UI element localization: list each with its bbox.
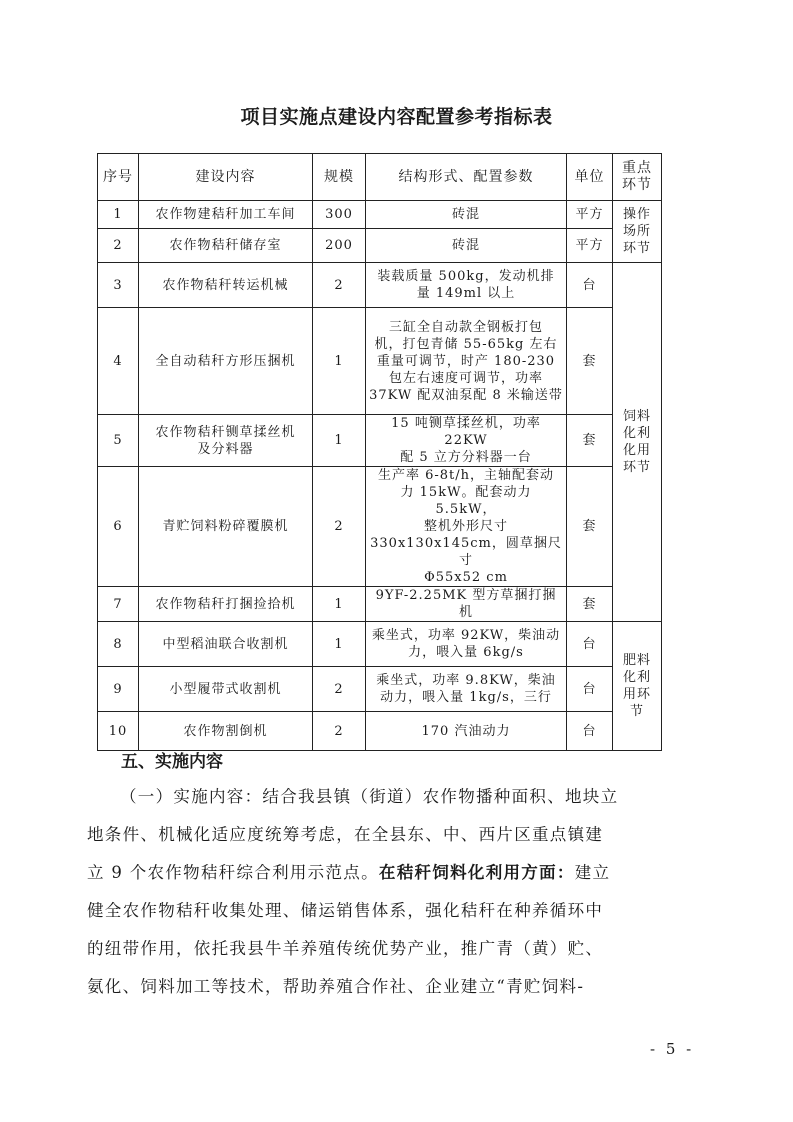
paragraph-text: 建立 — [575, 863, 611, 882]
cell-scale: 1 — [313, 587, 366, 622]
paragraph-line: 立 9 个农作物秸秆综合利用示范点。在秸秆饲料化利用方面：建立 — [87, 854, 712, 892]
cell-no: 6 — [98, 467, 139, 587]
cell-params: 生产率 6-8t/h，主轴配套动 力 15kW。配套动力 5.5kW， 整机外形… — [366, 467, 567, 587]
table-row: 8 中型稻油联合收割机 1 乘坐式，功率 92KW，柴油动 力，喂入量 6kg/… — [98, 622, 662, 667]
cell-unit: 平方 — [567, 201, 613, 229]
paragraph-line: 的纽带作用，依托我县牛羊养殖传统优势产业，推广青（黄）贮、 — [87, 930, 712, 968]
bold-emphasis: 在秸秆饲料化利用方面： — [379, 863, 575, 882]
header-content: 建设内容 — [139, 154, 313, 201]
cell-no: 8 — [98, 622, 139, 667]
cell-params: 15 吨铡草揉丝机，功率 22KW 配 5 立方分料器一台 — [366, 415, 567, 467]
cell-content: 农作物建秸秆加工车间 — [139, 201, 313, 229]
cell-content: 农作物秸秆储存室 — [139, 229, 313, 263]
cell-no: 1 — [98, 201, 139, 229]
cell-scale: 2 — [313, 263, 366, 308]
cell-content: 农作物割倒机 — [139, 712, 313, 751]
cell-scale: 2 — [313, 712, 366, 751]
cell-params: 170 汽油动力 — [366, 712, 567, 751]
body-paragraph: （一）实施内容：结合我县镇（街道）农作物播种面积、地块立 地条件、机械化适应度统… — [87, 778, 712, 1006]
header-params: 结构形式、配置参数 — [366, 154, 567, 201]
cell-unit: 台 — [567, 263, 613, 308]
table-row: 4 全自动秸秆方形压捆机 1 三缸全自动款全钢板打包 机，打包青储 55-65k… — [98, 308, 662, 415]
cell-scale: 300 — [313, 201, 366, 229]
cell-content: 农作物秸秆转运机械 — [139, 263, 313, 308]
config-reference-table: 序号 建设内容 规模 结构形式、配置参数 单位 重点 环节 1 农作物建秸秆加工… — [97, 153, 662, 751]
cell-no: 4 — [98, 308, 139, 415]
cell-scale: 1 — [313, 415, 366, 467]
table-row: 5 农作物秸秆铡草揉丝机 及分料器 1 15 吨铡草揉丝机，功率 22KW 配 … — [98, 415, 662, 467]
cell-unit: 平方 — [567, 229, 613, 263]
cell-no: 2 — [98, 229, 139, 263]
cell-params: 砖混 — [366, 229, 567, 263]
cell-content: 农作物秸秆铡草揉丝机 及分料器 — [139, 415, 313, 467]
table-title: 项目实施点建设内容配置参考指标表 — [0, 102, 793, 129]
paragraph-line: 氨化、饲料加工等技术，帮助养殖合作社、企业建立“青贮饲料- — [87, 968, 712, 1006]
page-number: - 5 - — [650, 1040, 694, 1058]
cell-content: 全自动秸秆方形压捆机 — [139, 308, 313, 415]
cell-no: 10 — [98, 712, 139, 751]
cell-unit: 台 — [567, 712, 613, 751]
cell-params: 砖混 — [366, 201, 567, 229]
table-header-row: 序号 建设内容 规模 结构形式、配置参数 单位 重点 环节 — [98, 154, 662, 201]
table-row: 10 农作物割倒机 2 170 汽油动力 台 — [98, 712, 662, 751]
cell-unit: 套 — [567, 308, 613, 415]
cell-content: 中型稻油联合收割机 — [139, 622, 313, 667]
table-row: 7 农作物秸秆打捆捡拾机 1 9YF-2.25MK 型方草捆打捆机 套 — [98, 587, 662, 622]
sector-feed-utilization: 饲料 化利 化用 环节 — [613, 263, 662, 622]
cell-scale: 2 — [313, 667, 366, 712]
cell-unit: 台 — [567, 667, 613, 712]
cell-content: 青贮饲料粉碎覆膜机 — [139, 467, 313, 587]
header-scale: 规模 — [313, 154, 366, 201]
cell-params: 乘坐式，功率 92KW，柴油动 力，喂入量 6kg/s — [366, 622, 567, 667]
cell-scale: 2 — [313, 467, 366, 587]
paragraph-line: 地条件、机械化适应度统筹考虑，在全县东、中、西片区重点镇建 — [87, 816, 712, 854]
sector-fertilizer-utilization: 肥料 化利 用环 节 — [613, 622, 662, 751]
cell-params: 乘坐式，功率 9.8KW，柴油 动力，喂入量 1kg/s，三行 — [366, 667, 567, 712]
sector-operation-site: 操作 场所 环节 — [613, 201, 662, 263]
cell-scale: 1 — [313, 622, 366, 667]
cell-params: 装载质量 500kg，发动机排 量 149ml 以上 — [366, 263, 567, 308]
section-heading: 五、实施内容 — [121, 747, 223, 772]
cell-unit: 台 — [567, 622, 613, 667]
cell-params: 9YF-2.25MK 型方草捆打捆机 — [366, 587, 567, 622]
header-no: 序号 — [98, 154, 139, 201]
table-row: 1 农作物建秸秆加工车间 300 砖混 平方 操作 场所 环节 — [98, 201, 662, 229]
cell-no: 3 — [98, 263, 139, 308]
header-sector: 重点 环节 — [613, 154, 662, 201]
cell-scale: 1 — [313, 308, 366, 415]
cell-no: 9 — [98, 667, 139, 712]
paragraph-line: 健全农作物秸秆收集处理、储运销售体系，强化秸秆在种养循环中 — [87, 892, 712, 930]
cell-unit: 套 — [567, 415, 613, 467]
cell-no: 5 — [98, 415, 139, 467]
paragraph-line: （一）实施内容：结合我县镇（街道）农作物播种面积、地块立 — [87, 778, 712, 816]
cell-unit: 套 — [567, 467, 613, 587]
paragraph-text: 立 9 个农作物秸秆综合利用示范点。 — [87, 863, 379, 882]
header-unit: 单位 — [567, 154, 613, 201]
table-row: 6 青贮饲料粉碎覆膜机 2 生产率 6-8t/h，主轴配套动 力 15kW。配套… — [98, 467, 662, 587]
cell-unit: 套 — [567, 587, 613, 622]
cell-no: 7 — [98, 587, 139, 622]
table-row: 9 小型履带式收割机 2 乘坐式，功率 9.8KW，柴油 动力，喂入量 1kg/… — [98, 667, 662, 712]
cell-content: 小型履带式收割机 — [139, 667, 313, 712]
table-row: 2 农作物秸秆储存室 200 砖混 平方 — [98, 229, 662, 263]
cell-params: 三缸全自动款全钢板打包 机，打包青储 55-65kg 左右 重量可调节，时产 1… — [366, 308, 567, 415]
table-row: 3 农作物秸秆转运机械 2 装载质量 500kg，发动机排 量 149ml 以上… — [98, 263, 662, 308]
cell-content: 农作物秸秆打捆捡拾机 — [139, 587, 313, 622]
cell-scale: 200 — [313, 229, 366, 263]
